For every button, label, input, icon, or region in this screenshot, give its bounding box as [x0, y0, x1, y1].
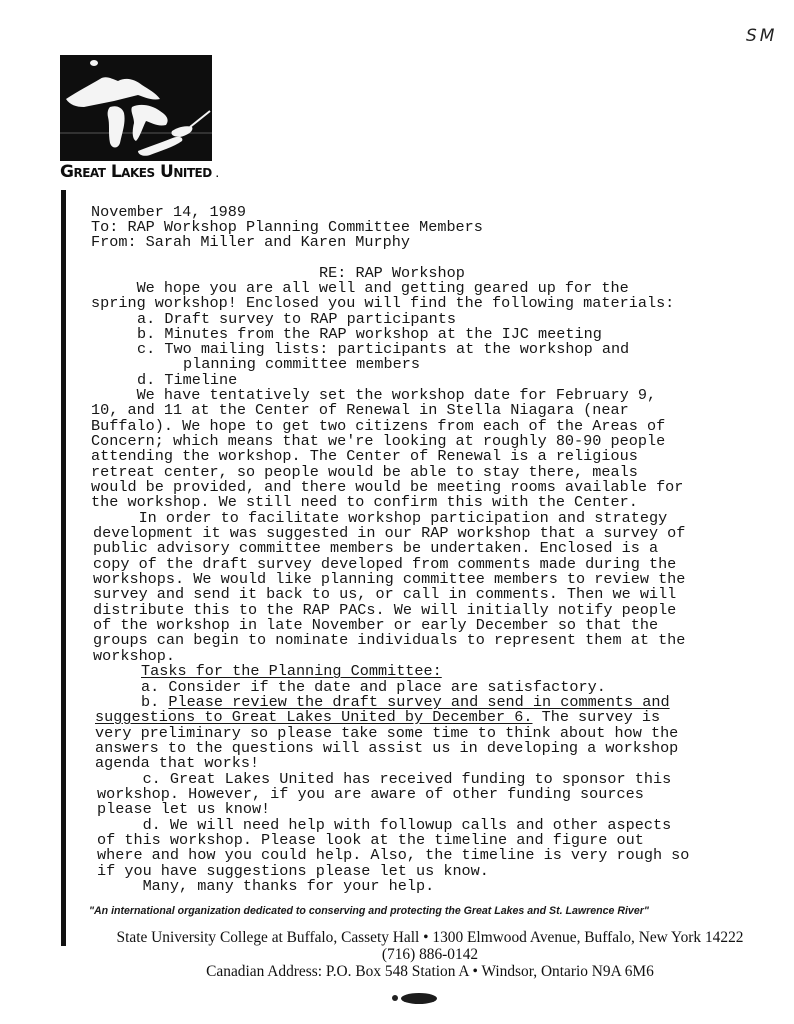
task-b-line: suggestions to Great Lakes United by Dec… — [95, 710, 660, 725]
organization-name: Great Lakes United — [60, 162, 212, 182]
union-label-oval-icon — [401, 993, 437, 1004]
memo-letter: November 14, 1989 To: RAP Workshop Plann… — [0, 0, 18, 826]
body-line: agenda that works! — [95, 756, 259, 771]
body-line: please let us know! — [97, 802, 270, 817]
closing-line: Many, many thanks for your help. — [97, 879, 434, 894]
body-line: public advisory committee members be und… — [93, 541, 658, 556]
body-line: survey and send it back to us, or call i… — [93, 587, 676, 602]
address-canada: Canadian Address: P.O. Box 548 Station A… — [80, 963, 780, 980]
tasks-heading: Tasks for the Planning Committee: — [141, 664, 442, 679]
union-bug-icon — [392, 992, 438, 1004]
enclosure-continuation: planning committee members — [183, 357, 420, 372]
margin-rule — [61, 190, 66, 946]
body-line: where and how you could help. Also, the … — [97, 848, 689, 863]
body-line: attending the workshop. The Center of Re… — [91, 449, 638, 464]
body-line: 10, and 11 at the Center of Renewal in S… — [91, 403, 629, 418]
organization-wordmark: Great Lakes United. — [60, 162, 218, 182]
great-lakes-map-icon — [60, 55, 212, 161]
body-line: groups can begin to nominate individuals… — [93, 633, 685, 648]
memo-from: From: Sarah Miller and Karen Murphy — [91, 235, 410, 250]
enclosure-letter: c. — [137, 340, 155, 358]
address-us: State University College at Buffalo, Cas… — [80, 929, 780, 946]
organization-tagline: "An international organization dedicated… — [89, 905, 769, 917]
address-phone: (716) 886-0142 — [80, 946, 780, 963]
letterhead-address: State University College at Buffalo, Cas… — [80, 929, 780, 980]
handwritten-initials: SM — [746, 26, 777, 46]
body-line: spring workshop! Enclosed you will find … — [91, 296, 674, 311]
registered-mark-icon — [392, 995, 398, 1001]
body-line: the workshop. We still need to confirm t… — [91, 495, 638, 510]
